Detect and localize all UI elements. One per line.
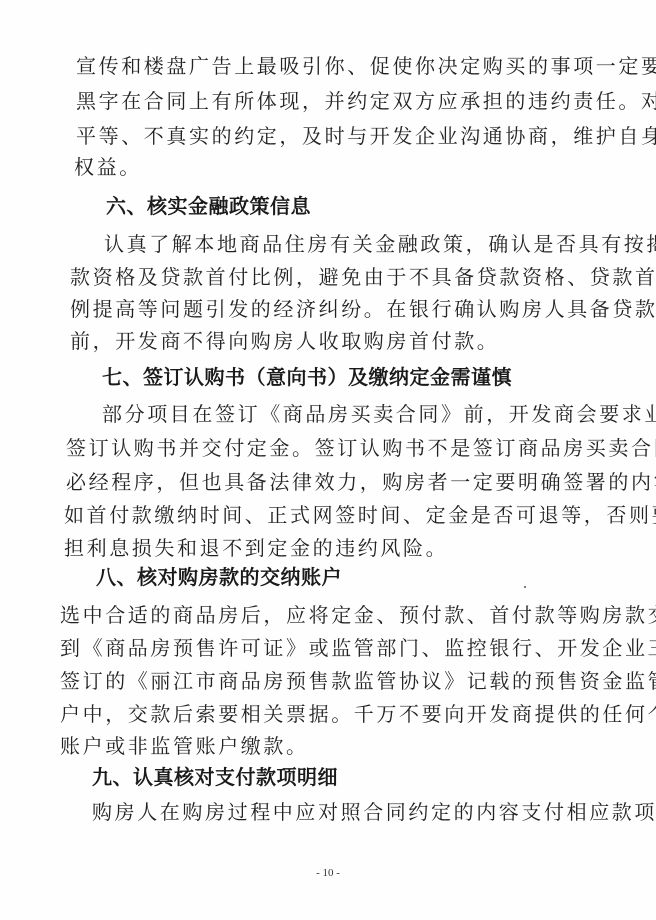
section-7-line-4: 如首付款缴纳时间、正式网签时间、定金是否可退等，否则要承 (64, 503, 656, 527)
intro-line-4: 权益。 (74, 155, 142, 179)
scan-speck (524, 586, 526, 588)
section-7-line-1: 部分项目在签订《商品房买卖合同》前，开发商会要求业主 (102, 402, 656, 426)
section-7-line-5: 担利息损失和退不到定金的违约风险。 (64, 536, 448, 560)
section-8-line-5: 账户或非监管账户缴款。 (60, 734, 309, 758)
section-heading-7: 七、签订认购书（意向书）及缴纳定金需谨慎 (102, 365, 512, 389)
document-page: 宣传和楼盘广告上最吸引你、促使你决定购买的事项一定要白纸 黑字在合同上有所体现，… (0, 0, 656, 920)
page-number: - 10 - (0, 867, 656, 879)
section-heading-9: 九、认真核对支付款项明细 (92, 765, 338, 789)
section-8-line-3: 签订的《丽江市商品房预售款监管协议》记载的预售资金监管账 (60, 669, 656, 693)
section-6-line-2: 款资格及贷款首付比例，避免由于不具备贷款资格、贷款首付比 (70, 265, 656, 289)
section-6-line-3: 例提高等问题引发的经济纠纷。在银行确认购房人具备贷款资格 (70, 297, 656, 321)
section-8-line-4: 户中，交款后索要相关票据。千万不要向开发商提供的任何个人 (60, 702, 656, 726)
section-8-line-2: 到《商品房预售许可证》或监管部门、监控银行、开发企业三方 (60, 636, 656, 660)
section-6-line-1: 认真了解本地商品住房有关金融政策，确认是否具有按揭贷 (104, 232, 656, 256)
section-9-line-1: 购房人在购房过程中应对照合同约定的内容支付相应款项， (92, 800, 656, 824)
section-7-line-3: 必经程序，但也具备法律效力，购房者一定要明确签署的内容， (66, 470, 656, 494)
section-heading-6: 六、核实金融政策信息 (106, 194, 311, 218)
intro-line-1: 宣传和楼盘广告上最吸引你、促使你决定购买的事项一定要白纸 (76, 54, 656, 78)
section-7-line-2: 签订认购书并交付定金。签订认购书不是签订商品房买卖合同的 (66, 436, 656, 460)
intro-line-3: 平等、不真实的约定，及时与开发企业沟通协商，维护自身合法 (76, 124, 656, 148)
section-6-line-4: 前，开发商不得向购房人收取购房首付款。 (70, 329, 499, 353)
section-8-line-1: 选中合适的商品房后，应将定金、预付款、首付款等购房款交纳 (60, 603, 656, 627)
intro-line-2: 黑字在合同上有所体现，并约定双方应承担的违约责任。对于不 (76, 89, 656, 113)
section-heading-8: 八、核对购房款的交纳账户 (96, 565, 342, 589)
